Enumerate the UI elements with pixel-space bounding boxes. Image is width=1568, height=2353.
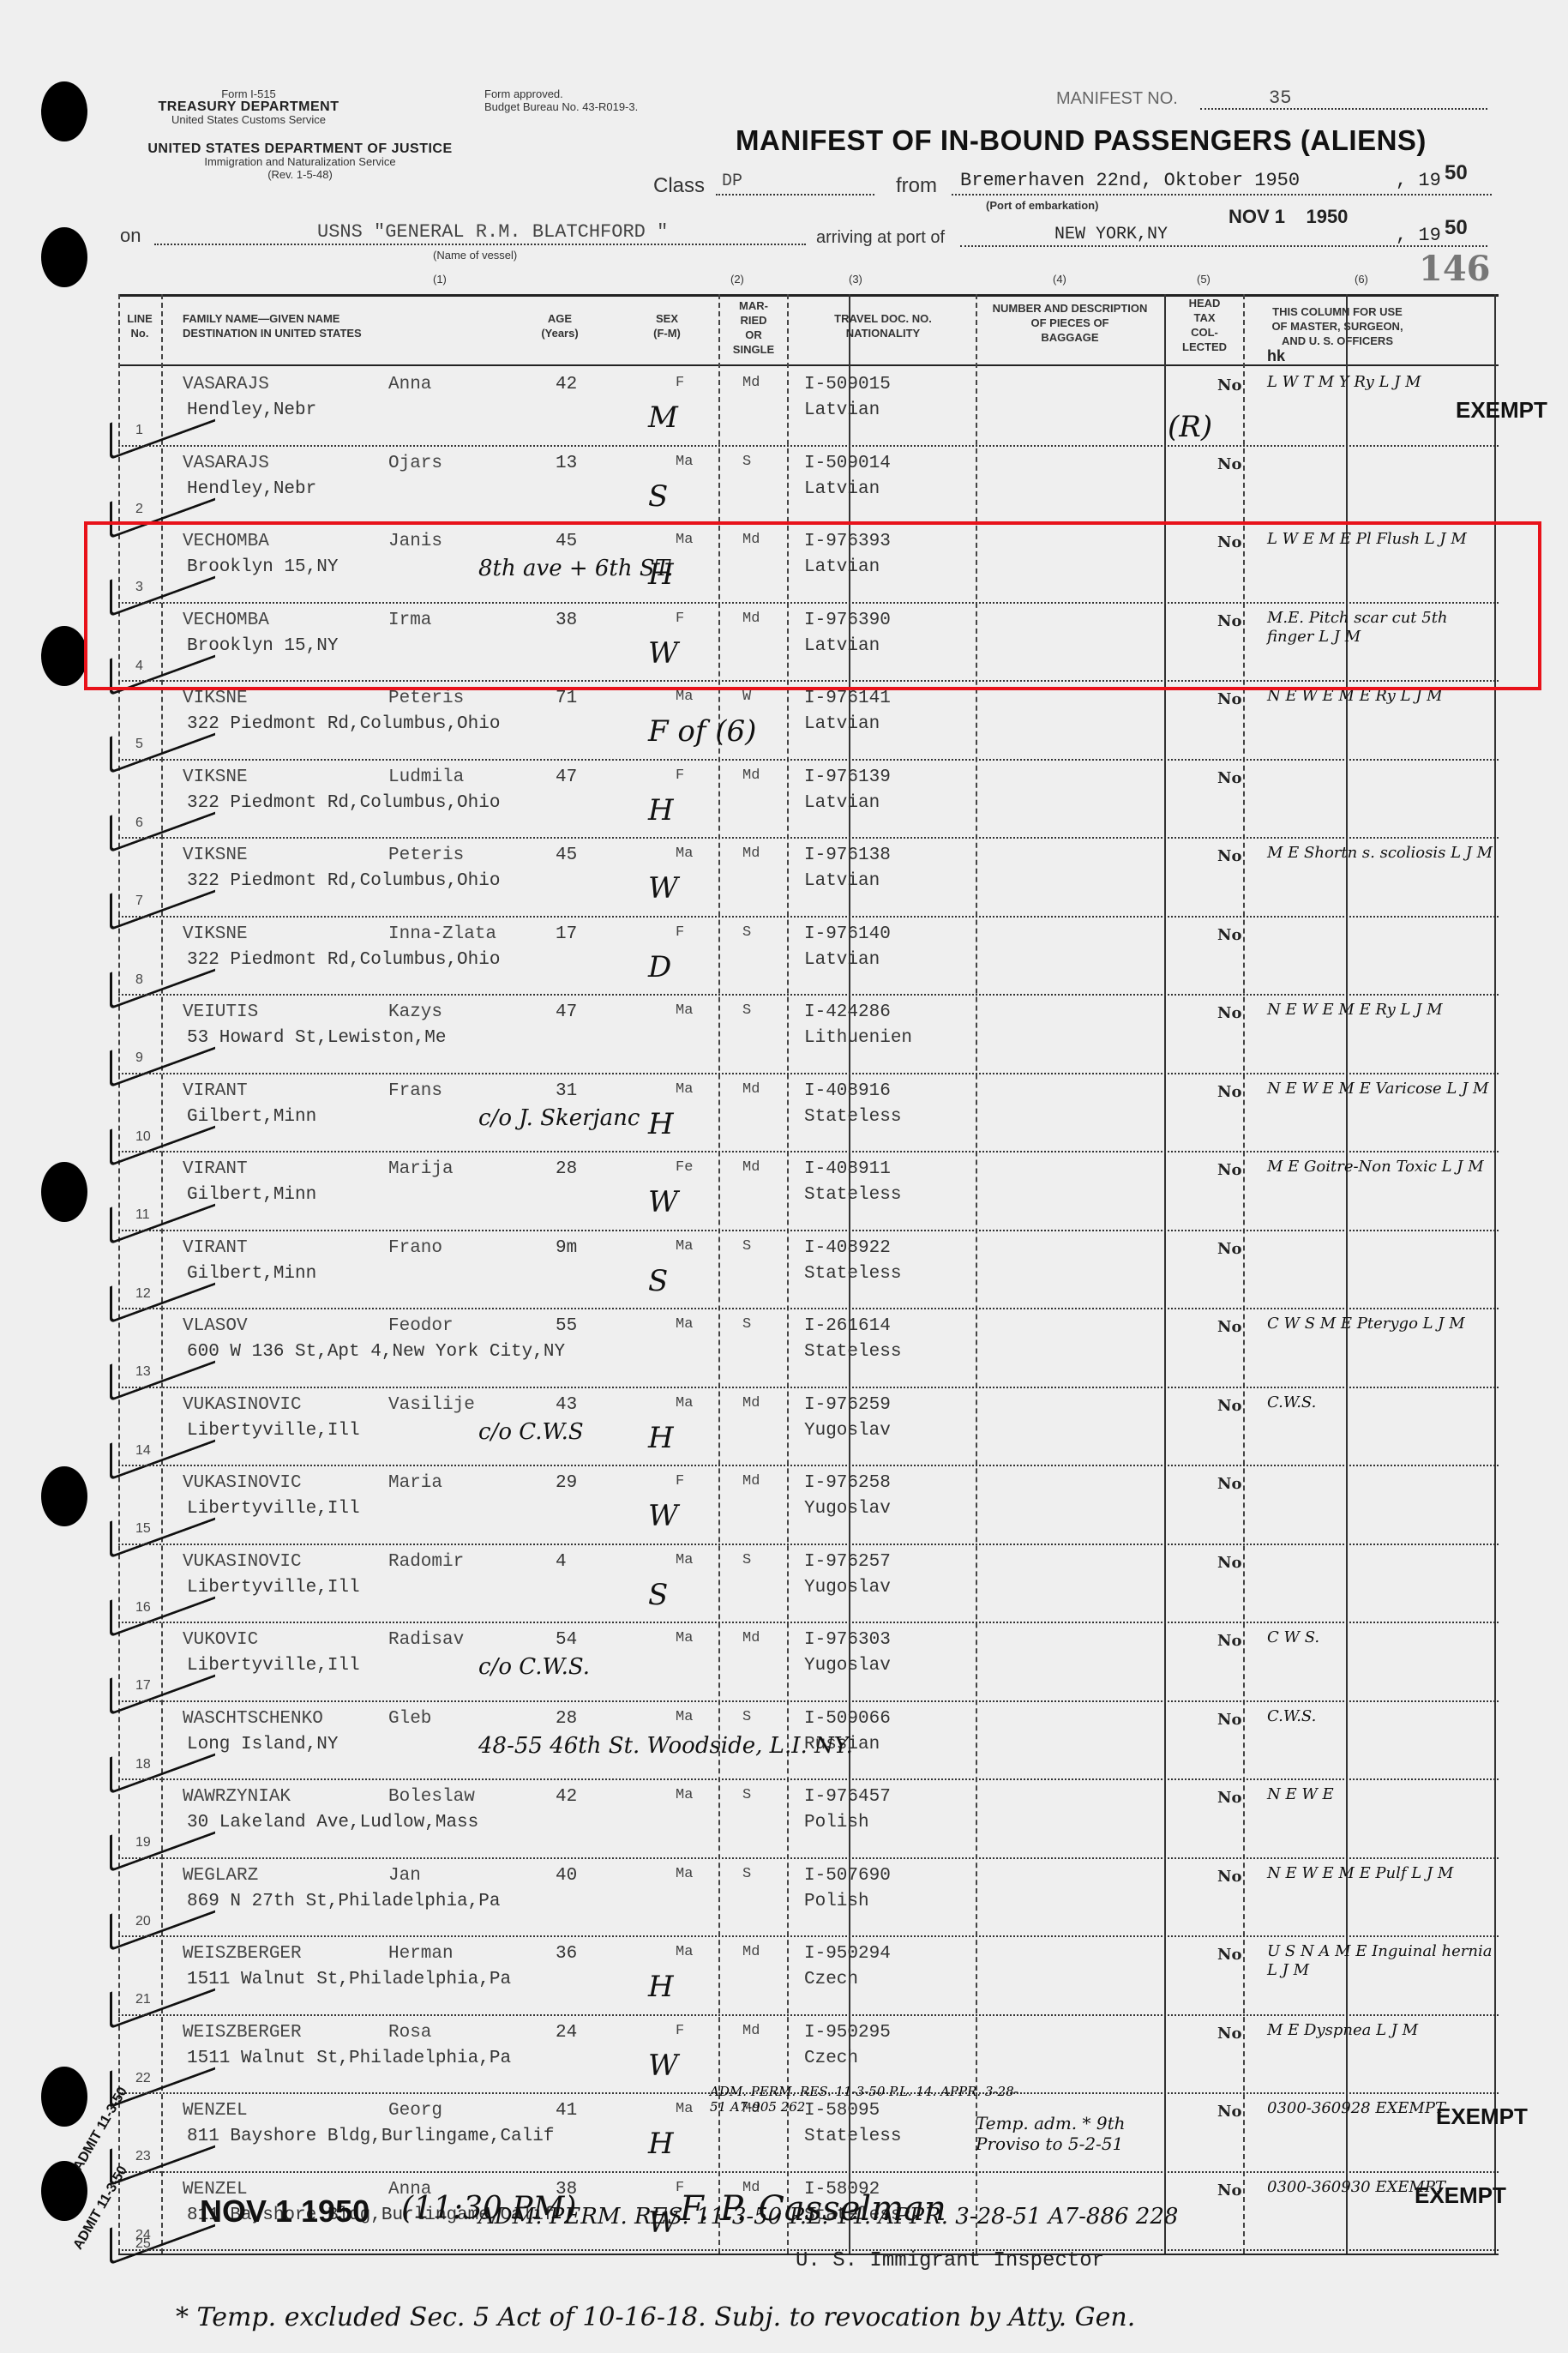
family-role-annotation: H xyxy=(648,2127,674,2161)
handwritten-note-2: Temp. adm. * 9th Proviso to 5-2-51 xyxy=(976,2113,1190,2154)
marital-status: Md xyxy=(742,1159,760,1176)
travel-doc-no: I-976393 xyxy=(804,532,891,551)
exempt-stamp: EXEMPT xyxy=(1436,2103,1528,2130)
age: 47 xyxy=(556,767,577,787)
travel-doc-no: I-976140 xyxy=(804,924,891,944)
nationality: Czech xyxy=(804,2049,858,2068)
col-header-sex: SEX (F-M) xyxy=(633,311,701,340)
travel-doc-no: I-976259 xyxy=(804,1395,891,1415)
age: 54 xyxy=(556,1630,577,1650)
table-row: WAWRZYNIAK Boleslaw 30 Lakeland Ave,Ludl… xyxy=(118,1782,1499,1861)
inspector-title: U. S. Immigrant Inspector xyxy=(796,2249,1104,2272)
arrival-year: 50 xyxy=(1445,216,1468,240)
age: 24 xyxy=(556,2023,577,2043)
row-separator xyxy=(118,1622,1499,1623)
row-separator xyxy=(118,680,1499,682)
table-row: VUKASINOVIC Radomir Libertyville,Ill 4 M… xyxy=(118,1547,1499,1626)
travel-doc-no: I-408916 xyxy=(804,1081,891,1101)
destination: 30 Lakeland Ave,Ludlow,Mass xyxy=(187,1813,478,1832)
age: 42 xyxy=(556,375,577,394)
from-line xyxy=(952,194,1492,196)
table-row: VEIUTIS Kazys 53 Howard St,Lewiston,Me 4… xyxy=(118,997,1499,1076)
table-row: WEISZBERGER Herman 1511 Walnut St,Philad… xyxy=(118,1939,1499,2018)
head-tax: No xyxy=(1217,1004,1241,1022)
inspector-signature: F. P. Casselman xyxy=(680,2189,946,2229)
sex: F xyxy=(676,611,684,627)
age: 45 xyxy=(556,532,577,551)
sex: Ma xyxy=(676,1709,693,1725)
table-row: WEGLARZ Jan 869 N 27th St,Philadelphia,P… xyxy=(118,1861,1499,1940)
vessel-caption: (Name of vessel) xyxy=(433,249,517,262)
sex: Ma xyxy=(676,532,693,548)
sex: Ma xyxy=(676,1238,693,1255)
row-separator xyxy=(118,1308,1499,1309)
arrival-year-prefix: , 19 xyxy=(1396,225,1441,246)
head-tax: No xyxy=(1217,1397,1241,1415)
destination: 322 Piedmont Rd,Columbus,Ohio xyxy=(187,714,500,734)
sex: Ma xyxy=(676,1395,693,1411)
family-name: WEGLARZ xyxy=(183,1866,258,1886)
form-approved: Form approved. xyxy=(484,87,638,100)
given-name: Frans xyxy=(388,1081,442,1101)
travel-doc-no: I-509066 xyxy=(804,1709,891,1729)
col-header-travel-doc: TRAVEL DOC. NO. NATIONALITY xyxy=(789,311,977,340)
age: 42 xyxy=(556,1787,577,1807)
head-tax: No xyxy=(1217,1946,1241,1964)
marital-status: W xyxy=(742,689,751,705)
on-label: on xyxy=(120,225,141,247)
officer-note: N E W E M E Pulf L J M xyxy=(1267,1864,1499,1883)
binder-hole xyxy=(41,626,87,686)
row-separator xyxy=(118,759,1499,761)
head-tax: No xyxy=(1217,612,1241,630)
marital-status: Md xyxy=(742,1395,760,1411)
family-role-annotation: W xyxy=(648,636,678,671)
officer-note: N E W E M E Ry L J M xyxy=(1267,1001,1499,1020)
nationality: Stateless xyxy=(804,2127,901,2146)
sex: Ma xyxy=(676,1002,693,1019)
sex: Ma xyxy=(676,846,693,862)
head-tax: No xyxy=(1217,1711,1241,1729)
given-name: Boleslaw xyxy=(388,1787,475,1807)
time-note: (11:30 PM) xyxy=(401,2191,576,2226)
head-tax: No xyxy=(1217,1240,1241,1258)
travel-doc-no: I-976257 xyxy=(804,1552,891,1572)
table-top-rule xyxy=(118,294,1499,297)
nationality: Latvian xyxy=(804,714,880,734)
manifest-no-line xyxy=(1200,108,1487,110)
handwritten-note: c/o J. Skerjanc xyxy=(478,1105,640,1131)
family-role-annotation: S xyxy=(648,1578,668,1612)
binder-hole xyxy=(41,227,87,287)
head-tax: No xyxy=(1217,1632,1241,1650)
nationality: Yugoslav xyxy=(804,1578,891,1598)
line-number-25: 25 xyxy=(135,2236,151,2252)
sex: F xyxy=(676,2023,684,2039)
marital-status: Md xyxy=(742,846,760,862)
given-name: Marija xyxy=(388,1159,454,1179)
from-year: 50 xyxy=(1445,161,1468,185)
row-separator xyxy=(118,523,1499,525)
justice-dept: UNITED STATES DEPARTMENT OF JUSTICE xyxy=(99,142,502,155)
exempt-stamp: EXEMPT xyxy=(1415,2182,1506,2209)
row-separator xyxy=(118,1700,1499,1702)
officer-note: M E Shortn s. scoliosis L J M xyxy=(1267,844,1499,863)
officer-note: C.W.S. xyxy=(1267,1707,1499,1726)
travel-doc-no: I-509014 xyxy=(804,454,891,473)
nationality: Latvian xyxy=(804,636,880,656)
row-separator xyxy=(118,1857,1499,1859)
head-tax: No xyxy=(1217,533,1241,551)
sex: Ma xyxy=(676,1081,693,1098)
binder-hole xyxy=(41,1466,87,1526)
sex: Ma xyxy=(676,454,693,470)
marital-status: S xyxy=(742,1552,751,1568)
given-name: Peteris xyxy=(388,689,464,708)
r-mark: (R) xyxy=(1168,410,1212,444)
col-number-6: (6) xyxy=(1355,273,1368,286)
family-role-annotation: W xyxy=(648,871,678,906)
row-separator xyxy=(118,2171,1499,2173)
family-role-annotation: W xyxy=(648,2049,678,2083)
exempt-stamp: EXEMPT xyxy=(1456,397,1547,424)
marital-status: Md xyxy=(742,532,760,548)
officer-note: N E W E M E Ry L J M xyxy=(1267,687,1499,706)
age: 13 xyxy=(556,454,577,473)
family-role-annotation: H xyxy=(648,1421,674,1455)
col-header-line-no: LINE No. xyxy=(120,311,159,340)
head-tax: No xyxy=(1217,769,1241,787)
from-value: Bremerhaven 22nd, Oktober 1950 xyxy=(960,170,1300,191)
given-name: Radomir xyxy=(388,1552,464,1572)
port-embarkation-caption: (Port of embarkation) xyxy=(986,199,1098,212)
marital-status: Md xyxy=(742,2023,760,2039)
marital-status: S xyxy=(742,1316,751,1333)
row-separator xyxy=(118,1230,1499,1231)
budget-bureau: Budget Bureau No. 43-R019-3. xyxy=(484,100,638,113)
sex: Ma xyxy=(676,1316,693,1333)
nationality: Yugoslav xyxy=(804,1421,891,1441)
nationality: Lithuenien xyxy=(804,1028,912,1048)
col-header-age: AGE (Years) xyxy=(521,311,598,340)
family-role-annotation: D xyxy=(648,950,671,984)
age: 9m xyxy=(556,1238,577,1258)
officers-note: hk xyxy=(1267,347,1285,365)
nationality: Yugoslav xyxy=(804,1656,891,1676)
nationality: Czech xyxy=(804,1970,858,1989)
travel-doc-no: I-976303 xyxy=(804,1630,891,1650)
given-name: Herman xyxy=(388,1944,454,1964)
travel-doc-no: I-950295 xyxy=(804,2023,891,2043)
page-number: 146 xyxy=(1419,249,1491,289)
age: 47 xyxy=(556,1002,577,1022)
row-separator xyxy=(118,1465,1499,1466)
head-tax: No xyxy=(1217,2025,1241,2043)
head-tax: No xyxy=(1217,1318,1241,1336)
marital-status: S xyxy=(742,1787,751,1803)
date-stamp: NOV 1 1950 xyxy=(200,2194,369,2230)
sex: F xyxy=(676,767,684,784)
age: 38 xyxy=(556,611,577,630)
form-header-left: Form I-515 TREASURY DEPARTMENT United St… xyxy=(111,87,386,126)
travel-doc-no: I-976141 xyxy=(804,689,891,708)
nationality: Latvian xyxy=(804,950,880,970)
destination: 811 Bayshore Bldg,Burlingame,Calif xyxy=(187,2127,554,2146)
marital-status: Md xyxy=(742,375,760,391)
age: 4 xyxy=(556,1552,567,1572)
table-row: WENZEL Georg 811 Bayshore Bldg,Burlingam… xyxy=(118,2096,1499,2175)
handwritten-note: ADM. PERM. RES. 11-3-50 P.L. 14. APPR. 3… xyxy=(710,2084,1018,2115)
treasury-dept: TREASURY DEPARTMENT xyxy=(111,100,386,113)
age: 71 xyxy=(556,689,577,708)
nationality: Yugoslav xyxy=(804,1499,891,1519)
travel-doc-no: I-424286 xyxy=(804,1002,891,1022)
table-row: VUKOVIC Radisav Libertyville,Ill 54 Ma M… xyxy=(118,1625,1499,1704)
travel-doc-no: I-950294 xyxy=(804,1944,891,1964)
head-tax: No xyxy=(1217,1554,1241,1572)
table-row: VIKSNE Inna-Zlata 322 Piedmont Rd,Columb… xyxy=(118,919,1499,998)
nationality: Stateless xyxy=(804,1342,901,1362)
family-role-annotation: F of (6) xyxy=(648,714,756,749)
destination: 869 N 27th St,Philadelphia,Pa xyxy=(187,1892,500,1911)
family-role-annotation: S xyxy=(648,1264,668,1298)
col-number-2: (2) xyxy=(730,273,744,286)
table-row: VIRANT Frans Gilbert,Minn 31 Ma H Md I-4… xyxy=(118,1076,1499,1155)
manifest-no-label: MANIFEST NO. xyxy=(1056,89,1178,109)
col-number-4: (4) xyxy=(1053,273,1066,286)
given-name: Janis xyxy=(388,532,442,551)
age: 41 xyxy=(556,2101,577,2121)
arrival-port: NEW YORK,NY xyxy=(1054,225,1168,244)
officer-note: L W E M E Pl Flush L J M xyxy=(1267,530,1499,549)
family-role-annotation: S xyxy=(648,479,668,514)
nationality: Stateless xyxy=(804,1264,901,1284)
head-tax: No xyxy=(1217,2181,1241,2200)
travel-doc-no: I-976139 xyxy=(804,767,891,787)
table-row: VUKASINOVIC Vasilije Libertyville,Ill 43… xyxy=(118,1390,1499,1469)
head-tax: No xyxy=(1217,376,1241,394)
row-separator xyxy=(118,1544,1499,1545)
nationality: Latvian xyxy=(804,871,880,891)
sex: Ma xyxy=(676,1866,693,1882)
header-bottom-rule xyxy=(118,364,1499,366)
age: 36 xyxy=(556,1944,577,1964)
age: 28 xyxy=(556,1159,577,1179)
travel-doc-no: I-976138 xyxy=(804,846,891,865)
vessel-name: USNS "GENERAL R.M. BLATCHFORD " xyxy=(317,221,668,243)
officer-note: M E Goitre-Non Toxic L J M xyxy=(1267,1158,1499,1176)
row-separator xyxy=(118,2014,1499,2016)
nationality: Polish xyxy=(804,1892,869,1911)
travel-doc-no: I-976390 xyxy=(804,611,891,630)
col-number-5: (5) xyxy=(1197,273,1211,286)
manifest-no-value: 35 xyxy=(1269,87,1291,109)
from-label: from xyxy=(896,174,937,198)
destination: 1511 Walnut St,Philadelphia,Pa xyxy=(187,2049,511,2068)
age: 17 xyxy=(556,924,577,944)
destination: 322 Piedmont Rd,Columbus,Ohio xyxy=(187,871,500,891)
family-role-annotation: H xyxy=(648,1970,674,2004)
age: 29 xyxy=(556,1473,577,1493)
age: 40 xyxy=(556,1866,577,1886)
sex: Ma xyxy=(676,1787,693,1803)
vessel-line xyxy=(154,244,806,245)
manifest-page: Form I-515 TREASURY DEPARTMENT United St… xyxy=(0,0,1568,2353)
row-separator xyxy=(118,1935,1499,1937)
sex: Fe xyxy=(676,1159,693,1176)
table-row: VIKSNE Peteris 322 Piedmont Rd,Columbus,… xyxy=(118,683,1499,762)
sex: Ma xyxy=(676,2101,693,2117)
class-line xyxy=(716,194,874,196)
marital-status: Md xyxy=(742,1081,760,1098)
given-name: Maria xyxy=(388,1473,442,1493)
nationality: Latvian xyxy=(804,793,880,813)
table-row: VECHOMBA Irma Brooklyn 15,NY 38 F W Md I… xyxy=(118,605,1499,684)
age: 55 xyxy=(556,1316,577,1336)
family-role-annotation: H xyxy=(648,1107,674,1141)
head-tax: No xyxy=(1217,1083,1241,1101)
destination: 322 Piedmont Rd,Columbus,Ohio xyxy=(187,950,500,970)
family-role-annotation: H xyxy=(648,793,674,827)
head-tax: No xyxy=(1217,847,1241,865)
age: 28 xyxy=(556,1709,577,1729)
officer-note: C W S M E Pterygo L J M xyxy=(1267,1315,1499,1333)
given-name: Georg xyxy=(388,2101,442,2121)
nationality: Latvian xyxy=(804,400,880,420)
given-name: Anna xyxy=(388,375,431,394)
handwritten-note: 8th ave + 6th ST. xyxy=(478,556,674,581)
nationality: Latvian xyxy=(804,479,880,499)
given-name: Feodor xyxy=(388,1316,454,1336)
table-row: WASCHTSCHENKO Gleb Long Island,NY 28 Ma … xyxy=(118,1704,1499,1783)
head-tax: No xyxy=(1217,2103,1241,2121)
row-separator xyxy=(118,837,1499,839)
head-tax: No xyxy=(1217,926,1241,944)
head-tax: No xyxy=(1217,455,1241,473)
given-name: Ojars xyxy=(388,454,442,473)
given-name: Inna-Zlata xyxy=(388,924,496,944)
ins-service: Immigration and Naturalization Service xyxy=(99,155,502,168)
officer-note: C.W.S. xyxy=(1267,1393,1499,1412)
marital-status: Md xyxy=(742,1944,760,1960)
given-name: Vasilije xyxy=(388,1395,475,1415)
head-tax: No xyxy=(1217,1789,1241,1807)
table-row: VIKSNE Ludmila 322 Piedmont Rd,Columbus,… xyxy=(118,762,1499,841)
given-name: Ludmila xyxy=(388,767,464,787)
row-separator xyxy=(118,1151,1499,1152)
sex: Ma xyxy=(676,1944,693,1960)
sex: Ma xyxy=(676,689,693,705)
age: 31 xyxy=(556,1081,577,1101)
row-separator xyxy=(118,602,1499,604)
col-header-officers: THIS COLUMN FOR USE OF MASTER, SURGEON, … xyxy=(1243,304,1432,348)
given-name: Peteris xyxy=(388,846,464,865)
binder-hole xyxy=(41,1162,87,1222)
table-row: VIRANT Marija Gilbert,Minn 28 Fe W Md I-… xyxy=(118,1154,1499,1233)
age: 43 xyxy=(556,1395,577,1415)
officer-note: N E W E xyxy=(1267,1785,1499,1804)
table-row: VUKASINOVIC Maria Libertyville,Ill 29 F … xyxy=(118,1468,1499,1547)
age: 45 xyxy=(556,846,577,865)
form-number: Form I-515 xyxy=(111,87,386,100)
col-header-baggage: NUMBER AND DESCRIPTION OF PIECES OF BAGG… xyxy=(976,301,1164,345)
class-value: DP xyxy=(722,172,742,191)
col-header-married: MAR- RIED OR SINGLE xyxy=(722,298,785,357)
family-role-annotation: W xyxy=(648,1185,678,1219)
destination: 53 Howard St,Lewiston,Me xyxy=(187,1028,446,1048)
handwritten-note: c/o C.W.S. xyxy=(478,1654,590,1680)
table-row: VLASOV Feodor 600 W 136 St,Apt 4,New Yor… xyxy=(118,1311,1499,1390)
travel-doc-no: I-976258 xyxy=(804,1473,891,1493)
officer-note: M E Dyspnea L J M xyxy=(1267,2021,1499,2040)
given-name: Radisav xyxy=(388,1630,464,1650)
handwritten-note: c/o C.W.S xyxy=(478,1419,584,1445)
sex: Ma xyxy=(676,1552,693,1568)
binder-hole xyxy=(41,2067,87,2127)
given-name: Kazys xyxy=(388,1002,442,1022)
head-tax: No xyxy=(1217,1868,1241,1886)
class-label: Class xyxy=(653,174,705,198)
given-name: Irma xyxy=(388,611,431,630)
page-title: MANIFEST OF IN-BOUND PASSENGERS (ALIENS) xyxy=(736,124,1427,157)
family-role-annotation: M xyxy=(648,400,678,435)
marital-status: Md xyxy=(742,1630,760,1646)
nationality: Polish xyxy=(804,1813,869,1832)
marital-status: S xyxy=(742,924,751,941)
officer-note: L W T M Y Ry L J M xyxy=(1267,373,1499,392)
table-row: VIRANT Frano Gilbert,Minn 9m Ma S S I-40… xyxy=(118,1233,1499,1312)
arrival-date-stamp: NOV 1 1950 xyxy=(1229,206,1348,228)
given-name: Rosa xyxy=(388,2023,431,2043)
col-number-1: (1) xyxy=(433,273,447,286)
travel-doc-no: I-976457 xyxy=(804,1787,891,1807)
row-separator xyxy=(118,994,1499,996)
head-tax: No xyxy=(1217,690,1241,708)
nationality: Stateless xyxy=(804,1185,901,1205)
family-role-annotation: W xyxy=(648,1499,678,1533)
table-row: VIKSNE Peteris 322 Piedmont Rd,Columbus,… xyxy=(118,840,1499,919)
row-separator xyxy=(118,916,1499,918)
travel-doc-no: I-509015 xyxy=(804,375,891,394)
given-name: Frano xyxy=(388,1238,442,1258)
passenger-table: LINE No. FAMILY NAME—GIVEN NAME DESTINAT… xyxy=(118,294,1499,2254)
nationality: Latvian xyxy=(804,557,880,577)
bottom-note: * Temp. excluded Sec. 5 Act of 10-16-18.… xyxy=(176,2302,1135,2332)
arriving-label: arriving at port of xyxy=(816,228,945,248)
marital-status: Md xyxy=(742,611,760,627)
revision: (Rev. 1-5-48) xyxy=(99,168,502,181)
given-name: Jan xyxy=(388,1866,421,1886)
col-header-head-tax: HEAD TAX COL- LECTED xyxy=(1166,296,1243,354)
sex: F xyxy=(676,375,684,391)
head-tax: No xyxy=(1217,1161,1241,1179)
row-separator xyxy=(118,1073,1499,1074)
marital-status: S xyxy=(742,1866,751,1882)
marital-status: S xyxy=(742,1238,751,1255)
table-row: VASARAJS Anna Hendley,Nebr 42 F M Md I-5… xyxy=(118,370,1499,448)
marital-status: S xyxy=(742,1709,751,1725)
destination: 322 Piedmont Rd,Columbus,Ohio xyxy=(187,793,500,813)
row-separator xyxy=(118,445,1499,447)
officer-note: N E W E M E Varicose L J M xyxy=(1267,1080,1499,1098)
col-number-3: (3) xyxy=(849,273,862,286)
col-header-name: FAMILY NAME—GIVEN NAME DESTINATION IN UN… xyxy=(183,311,362,340)
head-tax: No xyxy=(1217,1475,1241,1493)
travel-doc-no: I-408922 xyxy=(804,1238,891,1258)
destination: 1511 Walnut St,Philadelphia,Pa xyxy=(187,1970,511,1989)
row-separator xyxy=(118,1778,1499,1780)
table-row: VECHOMBA Janis Brooklyn 15,NY 45 Ma H Md… xyxy=(118,527,1499,605)
